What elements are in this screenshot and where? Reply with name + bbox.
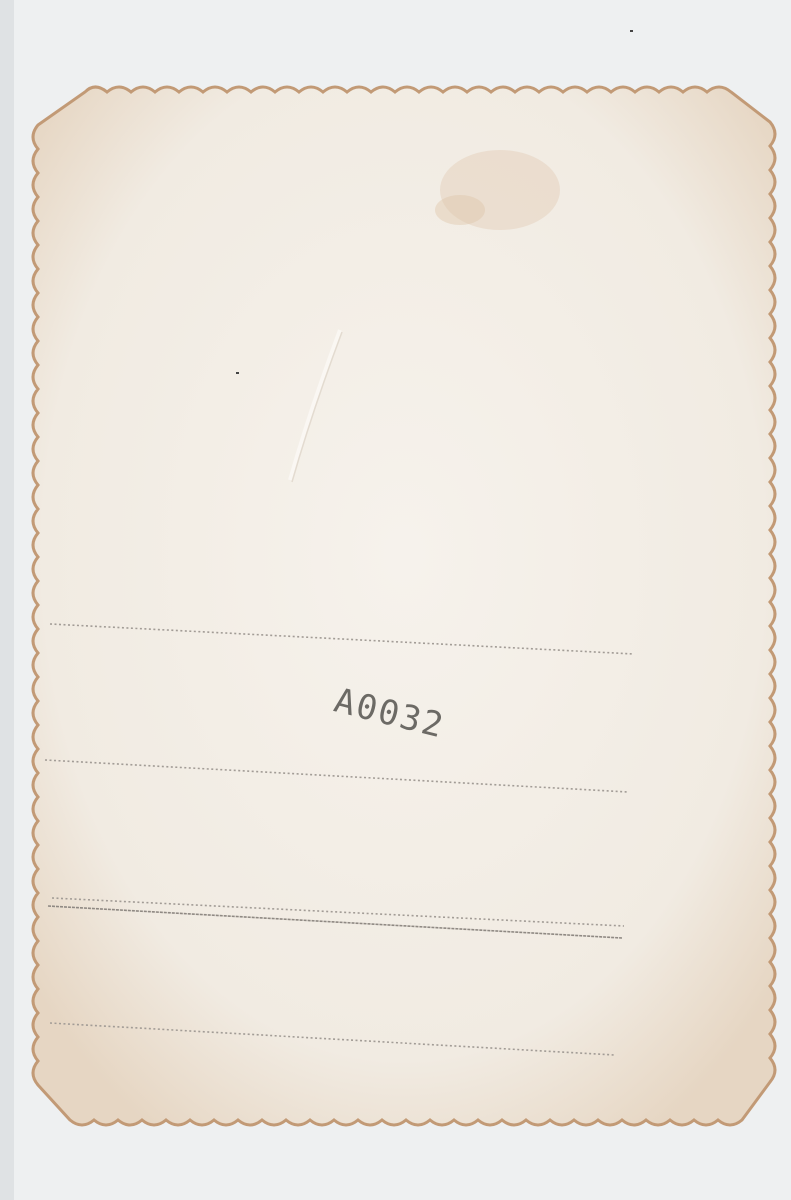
photo-card-back — [0, 0, 791, 1200]
speck — [630, 30, 633, 32]
card-body — [33, 87, 775, 1125]
stain — [435, 195, 485, 225]
speck — [236, 372, 239, 374]
